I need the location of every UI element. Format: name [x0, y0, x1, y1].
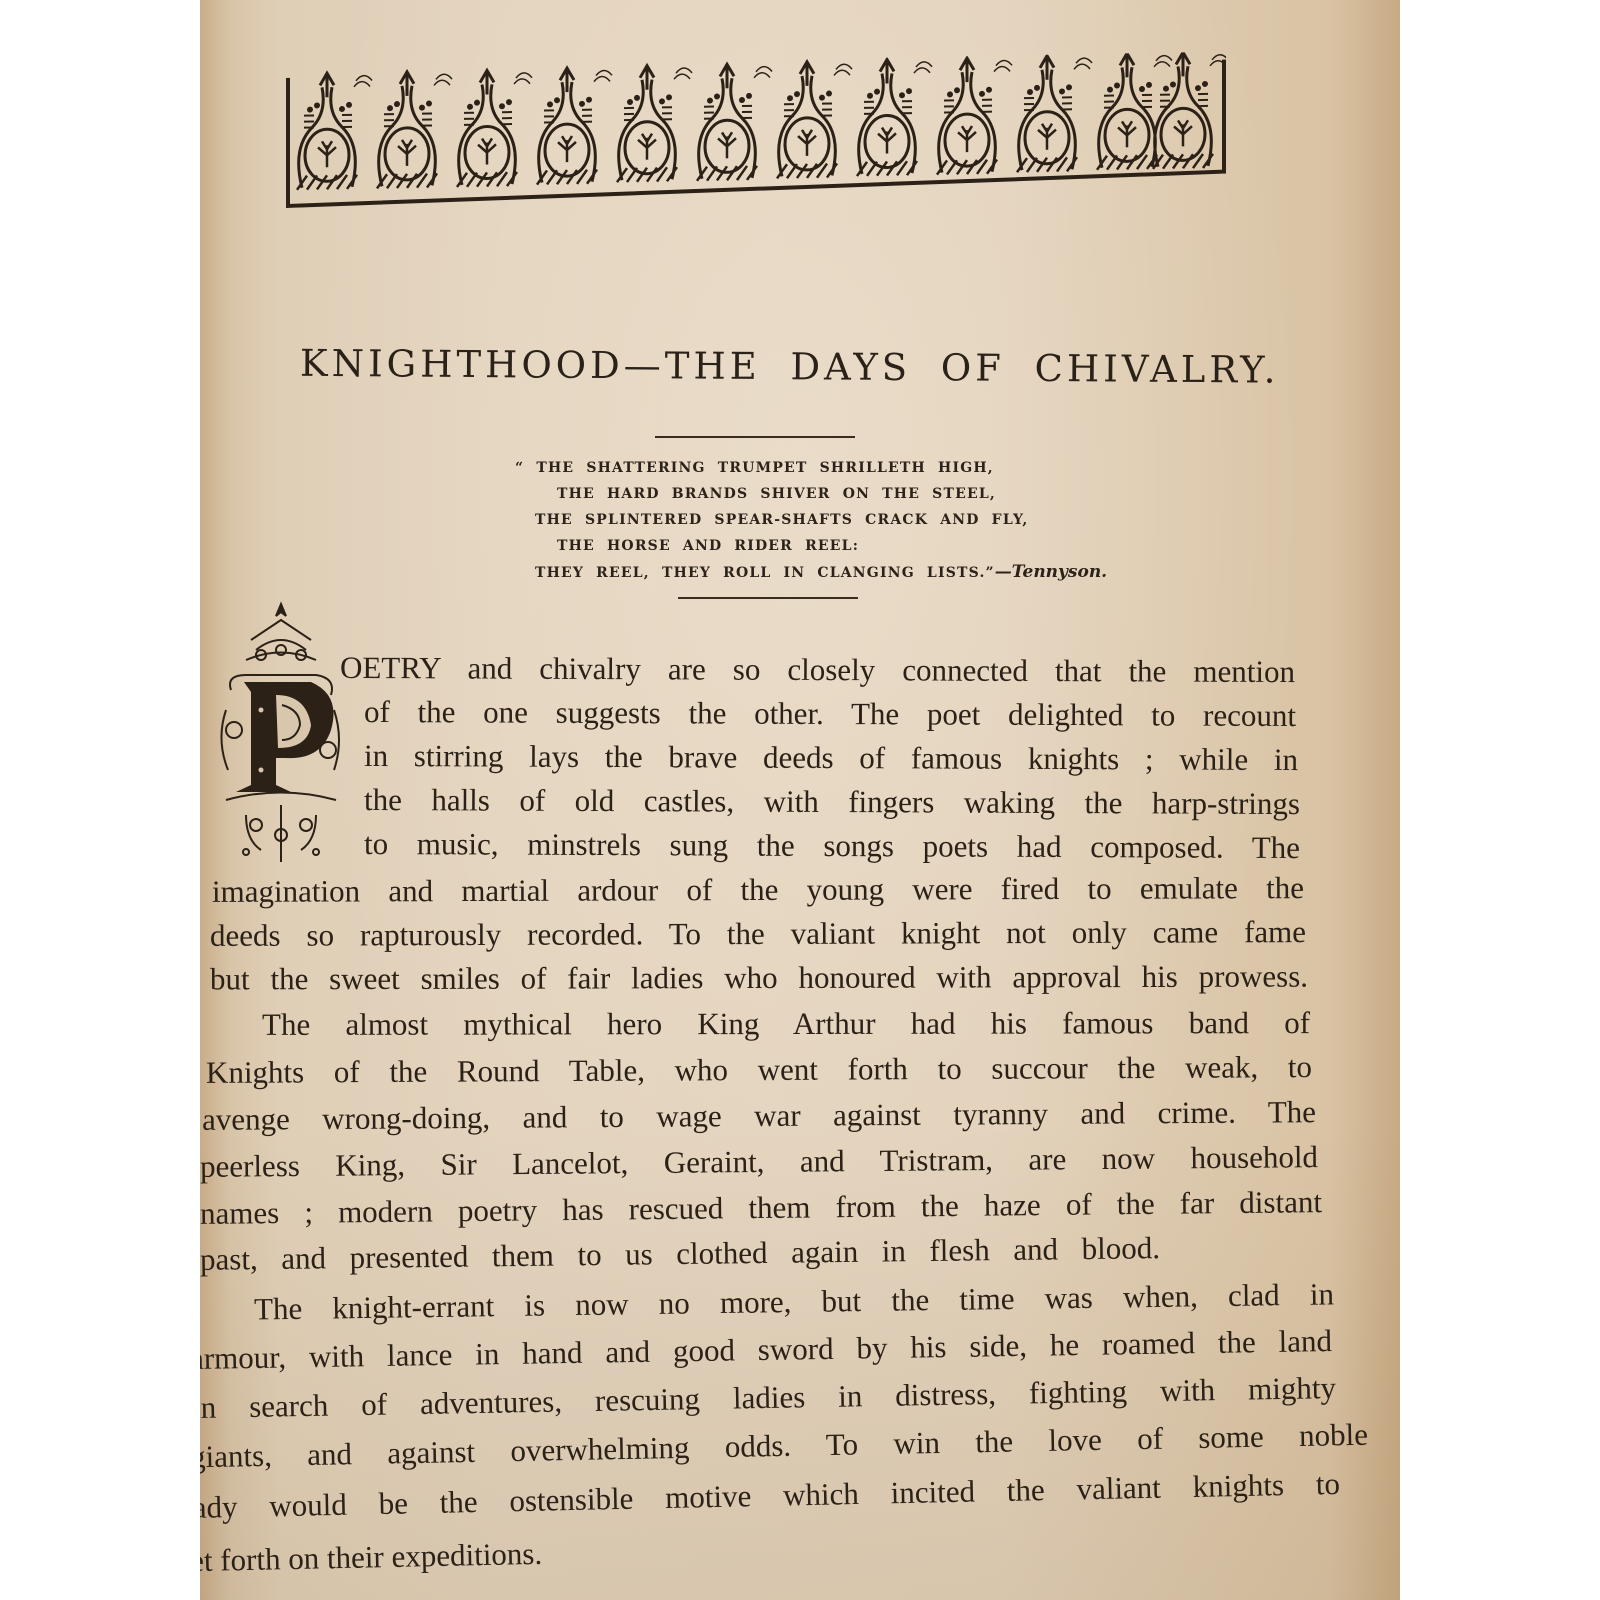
paragraph-1-line: the halls of old castles, with fingers w… — [364, 782, 1300, 822]
epigraph-last-line: THEY REEL, THEY ROLL IN CLANGING LISTS.” — [535, 565, 995, 581]
paragraph-2-line: past, and presented them to us clothed a… — [200, 1230, 1160, 1278]
epigraph-top-rule — [655, 436, 855, 438]
paragraph-3-line: giants, and against overwhelming odds. T… — [200, 1417, 1368, 1476]
epigraph-line: THE HARD BRANDS SHIVER ON THE STEEL, — [515, 481, 1135, 507]
epigraph-attribution: —Tennyson. — [995, 562, 1107, 582]
paragraph-3-line: armour, with lance in hand and good swor… — [200, 1323, 1332, 1377]
paragraph-2-line: avenge wrong-doing, and to wage war agai… — [202, 1094, 1316, 1138]
epigraph-line: THEY REEL, THEY ROLL IN CLANGING LISTS.”… — [515, 559, 1135, 586]
epigraph-line: THE HORSE AND RIDER REEL: — [515, 533, 1135, 559]
paragraph-1-line: imagination and martial ardour of the yo… — [212, 870, 1304, 910]
paragraph-1-line: to music, minstrels sung the songs poets… — [364, 826, 1300, 866]
paragraph-3-line: set forth on their expeditions. — [200, 1533, 698, 1580]
epigraph-line: THE SPLINTERED SPEAR-SHAFTS CRACK AND FL… — [515, 507, 1135, 533]
paragraph-1-line: in stirring lays the brave deeds of famo… — [364, 738, 1298, 778]
epigraph-bottom-rule — [678, 597, 858, 599]
illuminated-letter-p-icon — [216, 600, 346, 870]
paragraph-3-line: The knight-errant is now no more, but th… — [254, 1276, 1334, 1327]
book-page-photo: KNIGHTHOOD—THE DAYS OF CHIVALRY. “ THE S… — [200, 0, 1400, 1600]
illuminated-drop-cap — [216, 600, 346, 870]
paragraph-2-line: names ; modern poetry has rescued them f… — [200, 1184, 1322, 1232]
chapter-title: KNIGHTHOOD—THE DAYS OF CHIVALRY. — [300, 342, 1220, 391]
paragraph-1-line: deeds so rapturously recorded. To the va… — [210, 914, 1306, 954]
paragraph-1-line: OETRY and chivalry are so closely connec… — [340, 650, 1295, 690]
decorative-headpiece-ornament — [286, 52, 1226, 208]
paragraph-1-line: of the one suggests the other. The poet … — [364, 694, 1296, 734]
paragraph-2-line: Knights of the Round Table, who went for… — [206, 1049, 1312, 1091]
paragraph-3-line: lady would be the ostensible motive whic… — [200, 1466, 1340, 1526]
paragraph-2-line: The almost mythical hero King Arthur had… — [262, 1005, 1310, 1043]
paragraph-3-line: in search of adventures, rescuing ladies… — [200, 1370, 1336, 1426]
floral-border-icon — [286, 52, 1226, 208]
epigraph-quote: “ THE SHATTERING TRUMPET SHRILLETH HIGH,… — [515, 455, 1135, 586]
epigraph-line: “ THE SHATTERING TRUMPET SHRILLETH HIGH, — [515, 455, 1135, 481]
paragraph-1-line: but the sweet smiles of fair ladies who … — [210, 959, 1308, 998]
paragraph-2-line: peerless King, Sir Lancelot, Geraint, an… — [200, 1139, 1318, 1185]
